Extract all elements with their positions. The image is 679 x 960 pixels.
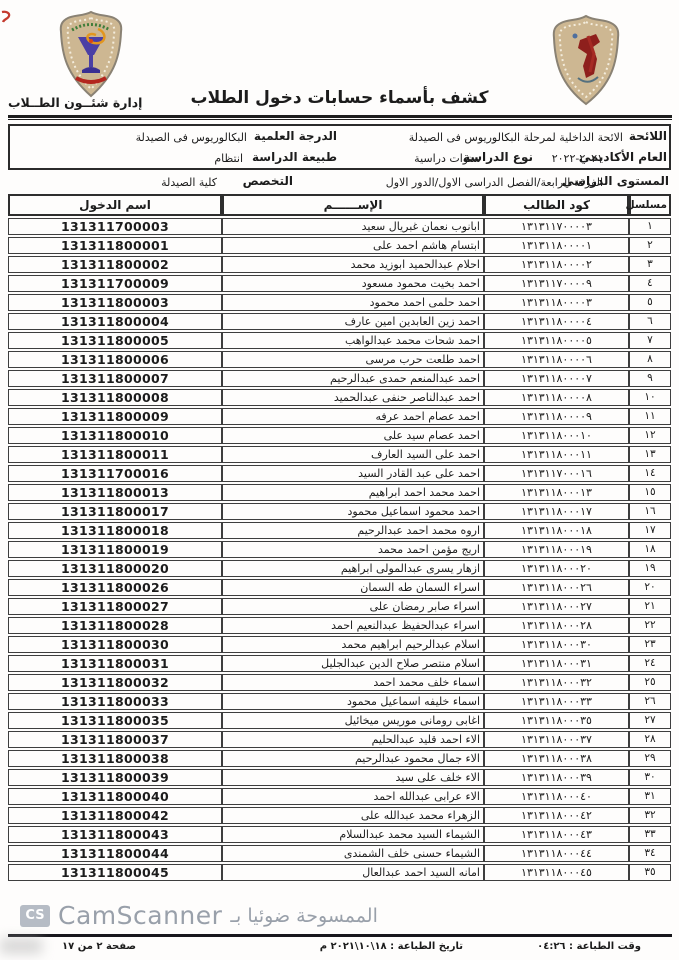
table-row: ١٢ ١٣١٣١١٨٠٠٠١٠ احمد عصام سيد على 131311…: [8, 427, 671, 444]
table-row: ٢٧ ١٣١٣١١٨٠٠٠٣٥ اغابى رومانى موريس ميخائ…: [8, 712, 671, 729]
student-code-cell: ١٣١٣١١٧٠٠٠٠٩: [484, 275, 629, 292]
student-code-cell: ١٣١٣١١٨٠٠٠١٧: [484, 503, 629, 520]
serial-cell: ١٩: [629, 560, 671, 577]
student-name-cell: احمد حلمى احمد محمود: [222, 294, 484, 311]
student-name-cell: احمد عبدالمنعم حمدى عبدالرحيم: [222, 370, 484, 387]
serial-cell: ١٥: [629, 484, 671, 501]
camscanner-watermark: CS CamScanner الممسوحة ضوئيا بـ: [20, 901, 378, 930]
table-row: ٢٢ ١٣١٣١١٨٠٠٠٢٨ اسراء عبدالحفيظ عبدالنعي…: [8, 617, 671, 634]
student-code-cell: ١٣١٣١١٨٠٠٠١٨: [484, 522, 629, 539]
login-name-cell: 131311800002: [8, 256, 222, 273]
student-name-cell: امانه السيد احمد عبدالعال: [222, 864, 484, 881]
login-name-cell: 131311800028: [8, 617, 222, 634]
login-name-cell: 131311800035: [8, 712, 222, 729]
login-name-cell: 131311700009: [8, 275, 222, 292]
student-name-cell: احمد بخيت محمود مسعود: [222, 275, 484, 292]
table-row: ١٨ ١٣١٣١١٨٠٠٠١٩ اريج مؤمن احمد محمد 1313…: [8, 541, 671, 558]
student-name-cell: احمد عصام سيد على: [222, 427, 484, 444]
student-code-cell: ١٣١٣١١٨٠٠٠٢٠: [484, 560, 629, 577]
study-nature-value: انتظام: [214, 152, 243, 165]
student-code-cell: ١٣١٣١١٨٠٠٠٠٧: [484, 370, 629, 387]
serial-cell: ٣: [629, 256, 671, 273]
table-row: ٣٢ ١٣١٣١١٨٠٠٠٤٢ الزهراء محمد عبدالله على…: [8, 807, 671, 824]
academic-year-value: ٢٠٢١-٢٠٢٢: [552, 152, 603, 165]
login-name-cell: 131311800005: [8, 332, 222, 349]
login-name-cell: 131311800039: [8, 769, 222, 786]
serial-cell: ١: [629, 218, 671, 235]
login-name-cell: 131311800019: [8, 541, 222, 558]
serial-cell: ٩: [629, 370, 671, 387]
serial-cell: ٣٣: [629, 826, 671, 843]
login-name-cell: 131311800018: [8, 522, 222, 539]
student-code-cell: ١٣١٣١١٨٠٠٠٢٨: [484, 617, 629, 634]
serial-cell: ٣٢: [629, 807, 671, 824]
login-name-cell: 131311800038: [8, 750, 222, 767]
login-name-cell: 131311800030: [8, 636, 222, 653]
serial-cell: ١٣: [629, 446, 671, 463]
student-code-cell: ١٣١٣١١٨٠٠٠٤٤: [484, 845, 629, 862]
serial-cell: ١٤: [629, 465, 671, 482]
student-name-cell: الاء احمد قليد عبدالحليم: [222, 731, 484, 748]
serial-cell: ٢٢: [629, 617, 671, 634]
student-name-cell: الشيماء السيد محمد عبدالسلام: [222, 826, 484, 843]
table-row: ٥ ١٣١٣١١٨٠٠٠٠٣ احمد حلمى احمد محمود 1313…: [8, 294, 671, 311]
table-row: ١ ١٣١٣١١٧٠٠٠٠٣ ابانوب نعمان غبريال سعيد …: [8, 218, 671, 235]
students-table-grid: مسلسل كود الطالب الإســــــم اسم الدخول …: [8, 192, 671, 883]
student-code-cell: ١٣١٣١١٨٠٠٠٤٣: [484, 826, 629, 843]
table-header-row: مسلسل كود الطالب الإســــــم اسم الدخول: [8, 194, 671, 216]
table-row: ١٠ ١٣١٣١١٨٠٠٠٠٨ احمد عبدالناصر حنفى عبدا…: [8, 389, 671, 406]
login-name-cell: 131311800042: [8, 807, 222, 824]
table-row: ١٣ ١٣١٣١١٨٠٠٠١١ احمد على السيد العارف 13…: [8, 446, 671, 463]
page-number: صفحة ٢ من ١٧: [62, 941, 136, 952]
student-code-cell: ١٣١٣١١٨٠٠٠١١: [484, 446, 629, 463]
serial-cell: ٨: [629, 351, 671, 368]
student-code-cell: ١٣١٣١١٨٠٠٠٤٢: [484, 807, 629, 824]
student-code-cell: ١٣١٣١١٨٠٠٠٠٨: [484, 389, 629, 406]
student-name-cell: احمد عصام احمد عرفه: [222, 408, 484, 425]
table-row: ١٥ ١٣١٣١١٨٠٠٠١٣ احمد محمد احمد ابراهيم 1…: [8, 484, 671, 501]
table-row: ٤ ١٣١٣١١٧٠٠٠٠٩ احمد بخيت محمود مسعود 131…: [8, 275, 671, 292]
student-name-cell: اروه محمد احمد عبدالرحيم: [222, 522, 484, 539]
table-row: ٣٥ ١٣١٣١١٨٠٠٠٤٥ امانه السيد احمد عبدالعا…: [8, 864, 671, 881]
serial-cell: ٢٥: [629, 674, 671, 691]
study-type-value: سنوات دراسية: [414, 152, 481, 165]
student-code-cell: ١٣١٣١١٨٠٠٠٣٥: [484, 712, 629, 729]
camscanner-logo-icon: CS: [20, 905, 50, 927]
major-label: التخصص: [243, 174, 293, 188]
degree-label: الدرجة العلمية: [254, 129, 337, 143]
login-column-header: اسم الدخول: [8, 194, 222, 216]
table-row: ٢ ١٣١٣١١٨٠٠٠٠١ ابتسام هاشم احمد على 1313…: [8, 237, 671, 254]
table-row: ٢٩ ١٣١٣١١٨٠٠٠٣٨ الاء جمال محمود عبدالرحي…: [8, 750, 671, 767]
study-nature-label: طبيعة الدراسة: [252, 150, 337, 164]
table-row: ٣٠ ١٣١٣١١٨٠٠٠٣٩ الاء خلف على سيد 1313118…: [8, 769, 671, 786]
serial-cell: ١٦: [629, 503, 671, 520]
student-code-cell: ١٣١٣١١٨٠٠٠١٣: [484, 484, 629, 501]
table-row: ٩ ١٣١٣١١٨٠٠٠٠٧ احمد عبدالمنعم حمدى عبدال…: [8, 370, 671, 387]
page-title: كشف بأسماء حسابات دخول الطلاب: [130, 88, 549, 108]
student-code-cell: ١٣١٣١١٨٠٠٠٠٢: [484, 256, 629, 273]
login-name-cell: 131311700016: [8, 465, 222, 482]
table-row: ٢٠ ١٣١٣١١٨٠٠٠٢٦ اسراء السمان طه السمان 1…: [8, 579, 671, 596]
student-name-cell: احلام عبدالحميد ابوزيد محمد: [222, 256, 484, 273]
serial-cell: ١٠: [629, 389, 671, 406]
table-row: ٢٥ ١٣١٣١١٨٠٠٠٣٢ اسماء خلف محمد احمد 1313…: [8, 674, 671, 691]
student-code-cell: ١٣١٣١١٧٠٠٠٠٣: [484, 218, 629, 235]
student-code-cell: ١٣١٣١١٨٠٠٠١٩: [484, 541, 629, 558]
login-name-cell: 131311800004: [8, 313, 222, 330]
student-code-cell: ١٣١٣١١٧٠٠٠١٦: [484, 465, 629, 482]
login-name-cell: 131311800045: [8, 864, 222, 881]
login-name-cell: 131311800031: [8, 655, 222, 672]
student-code-cell: ١٣١٣١١٨٠٠٠٣٣: [484, 693, 629, 710]
student-name-cell: احمد محمود اسماعيل محمود: [222, 503, 484, 520]
student-code-cell: ١٣١٣١١٨٠٠٠١٠: [484, 427, 629, 444]
login-name-cell: 131311800037: [8, 731, 222, 748]
student-name-cell: الاء جمال محمود عبدالرحيم: [222, 750, 484, 767]
table-row: ٢٨ ١٣١٣١١٨٠٠٠٣٧ الاء احمد قليد عبدالحليم…: [8, 731, 671, 748]
student-code-cell: ١٣١٣١١٨٠٠٠٢٧: [484, 598, 629, 615]
login-name-cell: 131311700003: [8, 218, 222, 235]
login-name-cell: 131311800010: [8, 427, 222, 444]
table-row: ٨ ١٣١٣١١٨٠٠٠٠٦ احمد طلعت حرب مرسى 131311…: [8, 351, 671, 368]
serial-cell: ١١: [629, 408, 671, 425]
department-name: إدارة شئــون الطــلاب: [8, 95, 142, 110]
student-name-cell: احمد شحات محمد عبدالواهب: [222, 332, 484, 349]
student-name-cell: الشيماء حسنى خلف الشمندى: [222, 845, 484, 862]
pharmacy-faculty-logo-icon: [56, 10, 126, 98]
serial-cell: ٣١: [629, 788, 671, 805]
student-name-cell: اسراء عبدالحفيظ عبدالنعيم احمد: [222, 617, 484, 634]
serial-cell: ٥: [629, 294, 671, 311]
student-code-cell: ١٣١٣١١٨٠٠٠٣٠: [484, 636, 629, 653]
table-row: ٢٦ ١٣١٣١١٨٠٠٠٣٣ اسماء خليفه اسماعيل محمو…: [8, 693, 671, 710]
login-name-cell: 131311800026: [8, 579, 222, 596]
login-name-cell: 131311800001: [8, 237, 222, 254]
level-major-row: المستوى الدراسي الفرقة الرابعة/الفصل الد…: [8, 172, 671, 192]
serial-cell: ٢١: [629, 598, 671, 615]
student-name-cell: الزهراء محمد عبدالله على: [222, 807, 484, 824]
login-name-cell: 131311800006: [8, 351, 222, 368]
login-name-cell: 131311800040: [8, 788, 222, 805]
serial-cell: ٣٥: [629, 864, 671, 881]
level-value: الفرقة الرابعة/الفصل الدراسى الاول/الدور…: [386, 176, 603, 189]
student-code-cell: ١٣١٣١١٨٠٠٠٣٧: [484, 731, 629, 748]
table-row: ٢٤ ١٣١٣١١٨٠٠٠٣١ اسلام منتصر صلاح الدين ع…: [8, 655, 671, 672]
major-value: كلية الصيدلة: [161, 176, 217, 189]
table-row: ١٦ ١٣١٣١١٨٠٠٠١٧ احمد محمود اسماعيل محمود…: [8, 503, 671, 520]
serial-cell: ١٨: [629, 541, 671, 558]
serial-cell: ٢: [629, 237, 671, 254]
student-name-cell: اريج مؤمن احمد محمد: [222, 541, 484, 558]
student-name-cell: اسماء خلف محمد احمد: [222, 674, 484, 691]
login-name-cell: 131311800008: [8, 389, 222, 406]
camscanner-arabic-text: الممسوحة ضوئيا بـ: [230, 905, 377, 927]
student-code-cell: ١٣١٣١١٨٠٠٠٠١: [484, 237, 629, 254]
serial-column-header: مسلسل: [629, 194, 671, 216]
student-code-cell: ١٣١٣١١٨٠٠٠٠٣: [484, 294, 629, 311]
login-name-cell: 131311800044: [8, 845, 222, 862]
student-name-cell: احمد محمد احمد ابراهيم: [222, 484, 484, 501]
table-row: ١٧ ١٣١٣١١٨٠٠٠١٨ اروه محمد احمد عبدالرحيم…: [8, 522, 671, 539]
camscanner-brand-text: CamScanner: [58, 901, 222, 930]
student-name-cell: اسراء السمان طه السمان: [222, 579, 484, 596]
table-row: ٢٣ ١٣١٣١١٨٠٠٠٣٠ اسلام عبدالرحيم ابراهيم …: [8, 636, 671, 653]
table-row: ٣ ١٣١٣١١٨٠٠٠٠٢ احلام عبدالحميد ابوزيد مح…: [8, 256, 671, 273]
student-name-cell: ابتسام هاشم احمد على: [222, 237, 484, 254]
serial-cell: ٢٣: [629, 636, 671, 653]
table-row: ١١ ١٣١٣١١٨٠٠٠٠٩ احمد عصام احمد عرفه 1313…: [8, 408, 671, 425]
login-name-cell: 131311800003: [8, 294, 222, 311]
red-pen-mark: [1, 10, 12, 23]
serial-cell: ٢٧: [629, 712, 671, 729]
table-row: ٧ ١٣١٣١١٨٠٠٠٠٥ احمد شحات محمد عبدالواهب …: [8, 332, 671, 349]
student-code-cell: ١٣١٣١١٨٠٠٠٣٩: [484, 769, 629, 786]
print-time: وقت الطباعة : ٠٤:٢٦: [537, 941, 641, 952]
student-name-cell: احمد زين العابدين امين عارف: [222, 313, 484, 330]
student-code-cell: ١٣١٣١١٨٠٠٠٤٥: [484, 864, 629, 881]
footer-divider: [8, 934, 672, 937]
login-name-cell: 131311800033: [8, 693, 222, 710]
serial-cell: ٢٦: [629, 693, 671, 710]
scan-shadow: [0, 938, 42, 954]
student-name-cell: احمد عبدالناصر حنفى عبدالحميد: [222, 389, 484, 406]
university-logo-icon: [550, 14, 622, 106]
student-name-cell: اغابى رومانى موريس ميخائيل: [222, 712, 484, 729]
degree-value: البكالوريوس فى الصيدلة: [136, 131, 247, 144]
document-info-box: اللائحة الائحة الداخلية لمرحلة البكالوري…: [8, 124, 671, 170]
table-row: ١٤ ١٣١٣١١٧٠٠٠١٦ احمد على عبد القادر السي…: [8, 465, 671, 482]
login-name-cell: 131311800043: [8, 826, 222, 843]
student-name-cell: اسلام عبدالرحيم ابراهيم محمد: [222, 636, 484, 653]
student-name-cell: الاء عرابى عبدالله احمد: [222, 788, 484, 805]
student-name-cell: اسماء خليفه اسماعيل محمود: [222, 693, 484, 710]
regulation-label: اللائحة: [629, 129, 667, 143]
student-code-cell: ١٣١٣١١٨٠٠٠٤٠: [484, 788, 629, 805]
student-code-column-header: كود الطالب: [484, 194, 629, 216]
serial-cell: ٦: [629, 313, 671, 330]
student-name-cell: الاء خلف على سيد: [222, 769, 484, 786]
student-name-cell: احمد طلعت حرب مرسى: [222, 351, 484, 368]
serial-cell: ٣٠: [629, 769, 671, 786]
student-code-cell: ١٣١٣١١٨٠٠٠٠٦: [484, 351, 629, 368]
student-code-cell: ١٣١٣١١٨٠٠٠٠٩: [484, 408, 629, 425]
student-name-cell: ابانوب نعمان غبريال سعيد: [222, 218, 484, 235]
table-row: ٣٤ ١٣١٣١١٨٠٠٠٤٤ الشيماء حسنى خلف الشمندى…: [8, 845, 671, 862]
student-code-cell: ١٣١٣١١٨٠٠٠٣٨: [484, 750, 629, 767]
serial-cell: ٣٤: [629, 845, 671, 862]
login-name-cell: 131311800017: [8, 503, 222, 520]
serial-cell: ٤: [629, 275, 671, 292]
students-table: مسلسل كود الطالب الإســــــم اسم الدخول …: [8, 192, 671, 883]
student-name-cell: احمد على السيد العارف: [222, 446, 484, 463]
login-name-cell: 131311800009: [8, 408, 222, 425]
student-name-cell: اسراء صابر رمضان على: [222, 598, 484, 615]
serial-cell: ٢٩: [629, 750, 671, 767]
student-code-cell: ١٣١٣١١٨٠٠٠٠٥: [484, 332, 629, 349]
student-code-cell: ١٣١٣١١٨٠٠٠٣١: [484, 655, 629, 672]
serial-cell: ١٧: [629, 522, 671, 539]
header-divider: [8, 115, 672, 120]
student-code-cell: ١٣١٣١١٨٠٠٠٢٦: [484, 579, 629, 596]
table-row: ٢١ ١٣١٣١١٨٠٠٠٢٧ اسراء صابر رمضان على 131…: [8, 598, 671, 615]
students-table-body: ١ ١٣١٣١١٧٠٠٠٠٣ ابانوب نعمان غبريال سعيد …: [8, 218, 671, 881]
name-column-header: الإســــــم: [222, 194, 484, 216]
table-row: ٣١ ١٣١٣١١٨٠٠٠٤٠ الاء عرابى عبدالله احمد …: [8, 788, 671, 805]
serial-cell: ٢٨: [629, 731, 671, 748]
scanned-document-page: كشف بأسماء حسابات دخول الطلاب إدارة شئــ…: [0, 0, 679, 960]
regulation-value: الائحة الداخلية لمرحلة البكالوريوس فى ال…: [409, 131, 623, 144]
login-name-cell: 131311800020: [8, 560, 222, 577]
serial-cell: ٧: [629, 332, 671, 349]
student-name-cell: احمد على عبد القادر السيد: [222, 465, 484, 482]
login-name-cell: 131311800027: [8, 598, 222, 615]
login-name-cell: 131311800011: [8, 446, 222, 463]
login-name-cell: 131311800013: [8, 484, 222, 501]
table-row: ١٩ ١٣١٣١١٨٠٠٠٢٠ ازهار يسرى عبدالمولى ابر…: [8, 560, 671, 577]
student-code-cell: ١٣١٣١١٨٠٠٠٣٢: [484, 674, 629, 691]
login-name-cell: 131311800032: [8, 674, 222, 691]
serial-cell: ٢٠: [629, 579, 671, 596]
serial-cell: ٢٤: [629, 655, 671, 672]
print-date: تاريخ الطباعة : ١٨\١٠\٢٠٢١ م: [320, 941, 463, 952]
table-row: ٣٣ ١٣١٣١١٨٠٠٠٤٣ الشيماء السيد محمد عبدال…: [8, 826, 671, 843]
student-code-cell: ١٣١٣١١٨٠٠٠٠٤: [484, 313, 629, 330]
student-name-cell: اسلام منتصر صلاح الدين عبدالجليل: [222, 655, 484, 672]
serial-cell: ١٢: [629, 427, 671, 444]
student-name-cell: ازهار يسرى عبدالمولى ابراهيم: [222, 560, 484, 577]
table-row: ٦ ١٣١٣١١٨٠٠٠٠٤ احمد زين العابدين امين عا…: [8, 313, 671, 330]
login-name-cell: 131311800007: [8, 370, 222, 387]
